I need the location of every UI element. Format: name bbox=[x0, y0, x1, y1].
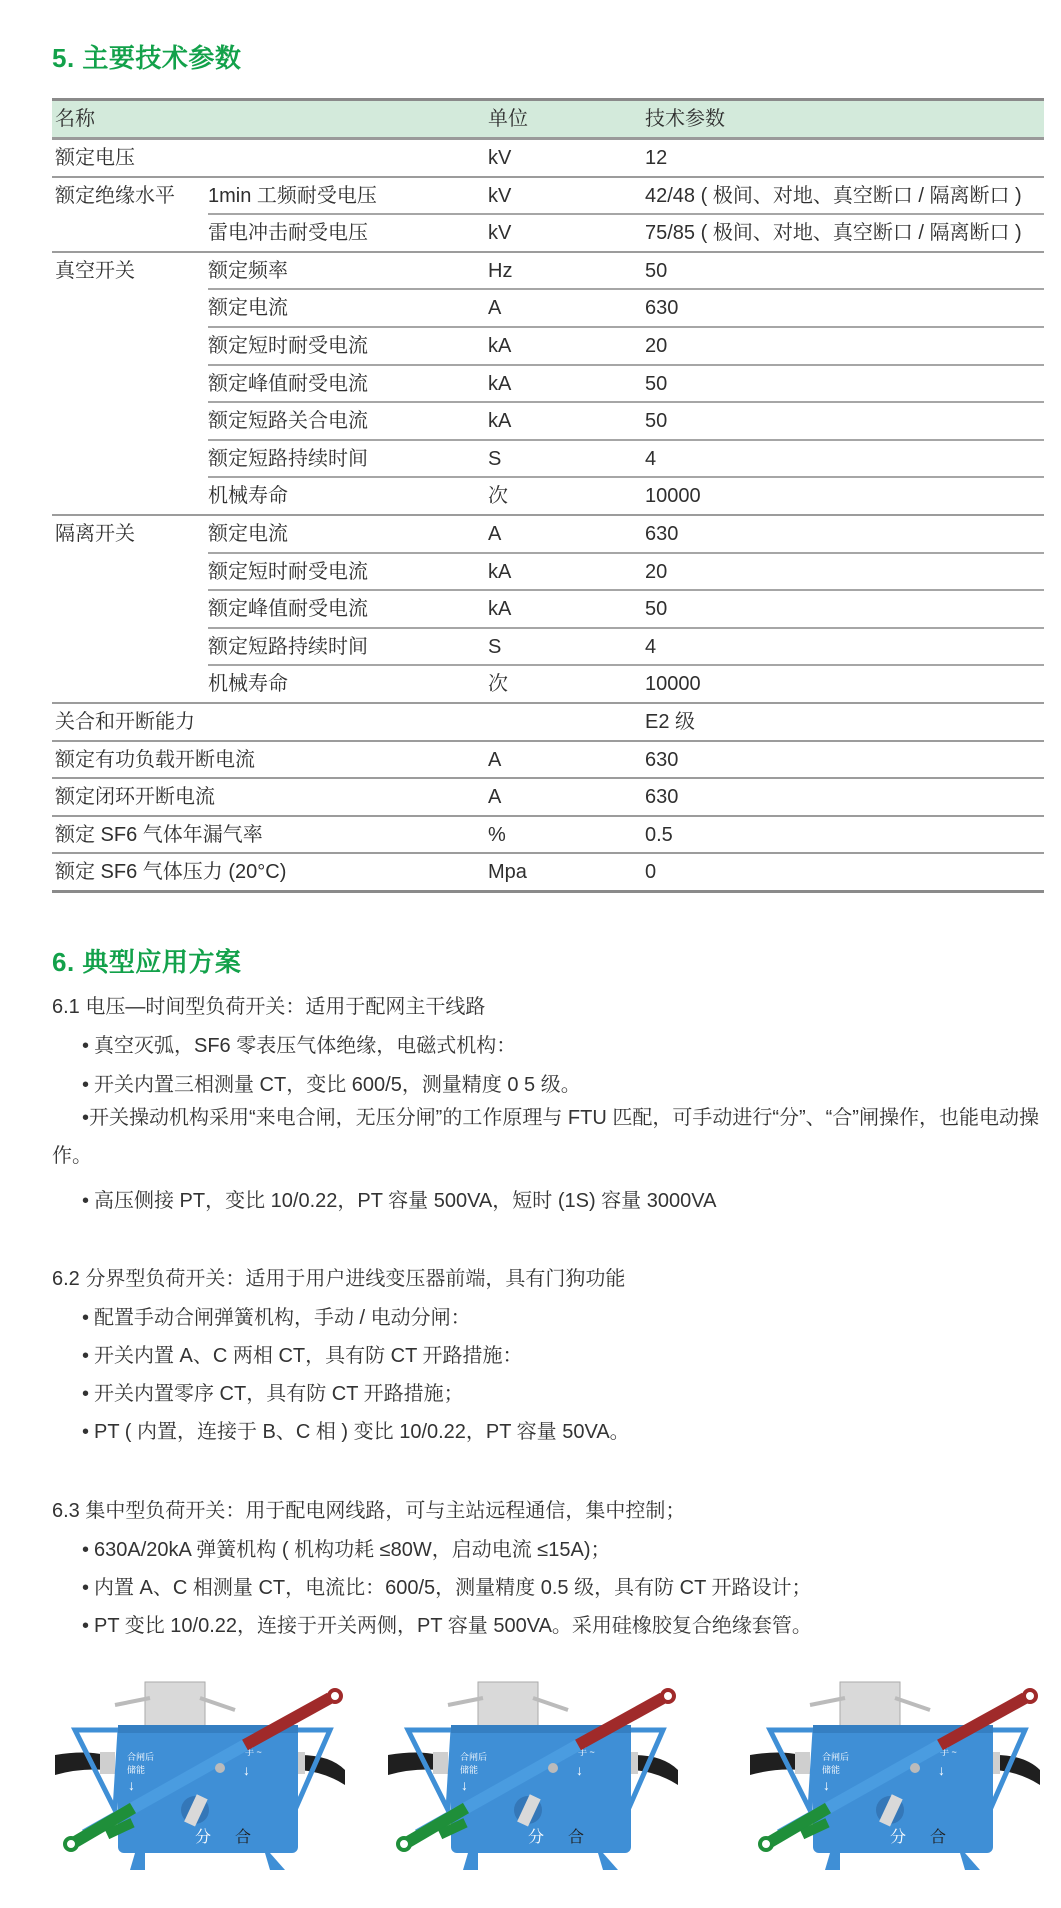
list-item: •开关内置 A、C 两相 CT，具有防 CT 开路措施： bbox=[82, 1339, 523, 1368]
list-item-text: 真空灭弧，SF6 零表压气体绝缘，电磁式机构： bbox=[94, 1035, 516, 1057]
table-row: 额定 SF6 气体年漏气率 % 0.5 bbox=[52, 817, 1044, 855]
row-item: 额定频率 bbox=[208, 253, 288, 291]
header-value: 技术参数 bbox=[645, 101, 725, 137]
list-item: •开关操动机构采用“来电合闸，无压分闸”的工作原理与 FTU 匹配，可手动进行“… bbox=[52, 1099, 1042, 1175]
table-row: 额定峰值耐受电流 kA 50 bbox=[52, 366, 1044, 404]
row-value: 0 bbox=[645, 854, 656, 892]
row-value: 50 bbox=[645, 403, 667, 441]
row-unit: A bbox=[488, 742, 501, 780]
table-row: 额定短路持续时间 S 4 bbox=[52, 629, 1044, 667]
product-image-load-switch: 合闸后 储能 ↓ 手 ~ ↓ 分 合 bbox=[740, 1660, 1060, 1880]
row-value: 50 bbox=[645, 366, 667, 404]
table-row: 额定有功负载开断电流 A 630 bbox=[52, 742, 1044, 780]
bullet-icon: • bbox=[82, 1074, 94, 1097]
list-item: •真空灭弧，SF6 零表压气体绝缘，电磁式机构： bbox=[82, 1029, 516, 1058]
header-unit: 单位 bbox=[488, 101, 528, 137]
row-unit: kA bbox=[488, 591, 511, 629]
row-unit: kA bbox=[488, 403, 511, 441]
list-item-text: PT 变比 10/0.22，连接于开关两侧，PT 容量 500VA。采用硅橡胶复… bbox=[94, 1615, 812, 1637]
table-row: 机械寿命 次 10000 bbox=[52, 478, 1044, 516]
row-group: 真空开关 bbox=[55, 253, 135, 291]
svg-text:↓: ↓ bbox=[128, 1777, 135, 1793]
table-row: 隔离开关 额定电流 A 630 bbox=[52, 516, 1044, 554]
table-row: 额定短路关合电流 kA 50 bbox=[52, 403, 1044, 441]
table-row: 额定短路持续时间 S 4 bbox=[52, 441, 1044, 479]
svg-text:合闸后: 合闸后 bbox=[822, 1751, 849, 1762]
bullet-icon: • bbox=[82, 1107, 89, 1129]
row-item: 雷电冲击耐受电压 bbox=[208, 215, 368, 253]
svg-text:↓: ↓ bbox=[576, 1762, 583, 1778]
list-item: •PT 变比 10/0.22，连接于开关两侧，PT 容量 500VA。采用硅橡胶… bbox=[82, 1609, 812, 1638]
subsection-heading-6-1: 6.1 电压—时间型负荷开关：适用于配网主干线路 bbox=[52, 990, 485, 1019]
row-item: 额定短路持续时间 bbox=[208, 629, 368, 667]
row-value: E2 级 bbox=[645, 704, 695, 742]
svg-text:↓: ↓ bbox=[938, 1762, 945, 1778]
table-row: 额定短时耐受电流 kA 20 bbox=[52, 554, 1044, 592]
table-row: 额定短时耐受电流 kA 20 bbox=[52, 328, 1044, 366]
row-unit: Hz bbox=[488, 253, 512, 291]
list-item-text: 开关内置 A、C 两相 CT，具有防 CT 开路措施： bbox=[94, 1345, 523, 1367]
close-label-text: 合 bbox=[930, 1828, 946, 1846]
load-switch-icon: 合闸后 储能 ↓ 手 ~ ↓ 分 合 bbox=[378, 1660, 698, 1880]
row-item: 1min 工频耐受电压 bbox=[208, 178, 377, 216]
row-value: 4 bbox=[645, 441, 656, 479]
row-value: 50 bbox=[645, 591, 667, 629]
row-item: 额定短路持续时间 bbox=[208, 441, 368, 479]
row-value: 0.5 bbox=[645, 817, 673, 855]
row-value: 42/48 ( 极间、对地、真空断口 / 隔离断口 ) bbox=[645, 178, 1022, 216]
row-unit: A bbox=[488, 516, 501, 554]
row-item: 额定短时耐受电流 bbox=[208, 554, 368, 592]
section-title-applications: 6. 典型应用方案 bbox=[52, 942, 241, 979]
list-item-text: 开关内置三相测量 CT，变比 600/5，测量精度 0 5 级。 bbox=[94, 1074, 581, 1096]
svg-text:储能: 储能 bbox=[127, 1764, 145, 1775]
row-item: 额定峰值耐受电流 bbox=[208, 591, 368, 629]
row-value: 10000 bbox=[645, 666, 701, 704]
list-item: •内置 A、C 相测量 CT，电流比：600/5，测量精度 0.5 级，具有防 … bbox=[82, 1571, 812, 1600]
load-switch-icon: 合闸后 储能 ↓ 手 ~ ↓ 分 合 bbox=[45, 1660, 365, 1880]
row-unit: kA bbox=[488, 554, 511, 592]
svg-text:储能: 储能 bbox=[460, 1764, 478, 1775]
list-item-text: 开关操动机构采用“来电合闸，无压分闸”的工作原理与 FTU 匹配，可手动进行“分… bbox=[52, 1107, 1039, 1167]
list-item: •630A/20kA 弹簧机构 ( 机构功耗 ≤80W，启动电流 ≤15A)； bbox=[82, 1533, 611, 1562]
row-unit: % bbox=[488, 817, 506, 855]
bullet-icon: • bbox=[82, 1577, 94, 1600]
table-row: 额定闭环开断电流 A 630 bbox=[52, 779, 1044, 817]
row-value: 12 bbox=[645, 140, 667, 178]
table-header: 名称 单位 技术参数 bbox=[52, 101, 1044, 140]
row-value: 75/85 ( 极间、对地、真空断口 / 隔离断口 ) bbox=[645, 215, 1022, 253]
row-value: 630 bbox=[645, 290, 678, 328]
row-unit: S bbox=[488, 629, 501, 667]
row-item: 额定电流 bbox=[208, 290, 288, 328]
row-value: 20 bbox=[645, 554, 667, 592]
row-value: 630 bbox=[645, 742, 678, 780]
row-item: 额定短时耐受电流 bbox=[208, 328, 368, 366]
row-value: 4 bbox=[645, 629, 656, 667]
row-group: 额定 SF6 气体年漏气率 bbox=[55, 817, 263, 855]
header-name: 名称 bbox=[55, 101, 95, 137]
svg-text:↓: ↓ bbox=[243, 1762, 250, 1778]
list-item: •PT ( 内置，连接于 B、C 相 ) 变比 10/0.22，PT 容量 50… bbox=[82, 1415, 630, 1444]
bullet-icon: • bbox=[82, 1190, 94, 1213]
bullet-icon: • bbox=[82, 1383, 94, 1406]
bullet-icon: • bbox=[82, 1615, 94, 1638]
list-item-text: 高压侧接 PT，变比 10/0.22，PT 容量 500VA，短时 (1S) 容… bbox=[94, 1190, 716, 1212]
row-unit: kA bbox=[488, 328, 511, 366]
close-label: 合闸后 bbox=[127, 1751, 154, 1762]
row-unit: A bbox=[488, 779, 501, 817]
subsection-heading-6-3: 6.3 集中型负荷开关：用于配电网线路，可与主站远程通信，集中控制； bbox=[52, 1494, 685, 1523]
row-value: 10000 bbox=[645, 478, 701, 516]
row-unit: kV bbox=[488, 178, 511, 216]
list-item: •高压侧接 PT，变比 10/0.22，PT 容量 500VA，短时 (1S) … bbox=[82, 1184, 716, 1213]
row-item: 额定峰值耐受电流 bbox=[208, 366, 368, 404]
row-group: 额定 SF6 气体压力 (20°C) bbox=[55, 854, 286, 892]
row-unit: kV bbox=[488, 215, 511, 253]
list-item-text: 630A/20kA 弹簧机构 ( 机构功耗 ≤80W，启动电流 ≤15A)； bbox=[94, 1539, 611, 1561]
bullet-icon: • bbox=[82, 1307, 94, 1330]
list-item: •开关内置三相测量 CT，变比 600/5，测量精度 0 5 级。 bbox=[82, 1068, 581, 1097]
list-item: •开关内置零序 CT，具有防 CT 开路措施； bbox=[82, 1377, 464, 1406]
svg-text:储能: 储能 bbox=[822, 1764, 840, 1775]
row-group: 额定绝缘水平 bbox=[55, 178, 175, 216]
list-item-text: 内置 A、C 相测量 CT，电流比：600/5，测量精度 0.5 级，具有防 C… bbox=[94, 1577, 812, 1599]
row-value: 50 bbox=[645, 253, 667, 291]
row-item: 机械寿命 bbox=[208, 666, 288, 704]
table-row: 额定绝缘水平 1min 工频耐受电压 kV 42/48 ( 极间、对地、真空断口… bbox=[52, 178, 1044, 216]
svg-text:↓: ↓ bbox=[823, 1777, 830, 1793]
subsection-heading-6-2: 6.2 分界型负荷开关：适用于用户进线变压器前端，具有门狗功能 bbox=[52, 1262, 625, 1291]
bullet-icon: • bbox=[82, 1421, 94, 1444]
table-row: 额定峰值耐受电流 kA 50 bbox=[52, 591, 1044, 629]
section-title-specs: 5. 主要技术参数 bbox=[52, 38, 241, 75]
list-item-text: 开关内置零序 CT，具有防 CT 开路措施； bbox=[94, 1383, 464, 1405]
open-label: 分 bbox=[195, 1828, 211, 1846]
row-value: 20 bbox=[645, 328, 667, 366]
bullet-icon: • bbox=[82, 1035, 94, 1058]
table-row: 雷电冲击耐受电压 kV 75/85 ( 极间、对地、真空断口 / 隔离断口 ) bbox=[52, 215, 1044, 253]
product-image-load-switch: 合闸后 储能 ↓ 手 ~ ↓ 分 合 bbox=[45, 1660, 365, 1880]
row-unit: 次 bbox=[488, 478, 508, 516]
table-row: 真空开关 额定频率 Hz 50 bbox=[52, 253, 1044, 291]
close-label-text: 合 bbox=[235, 1828, 251, 1846]
product-image-load-switch: 合闸后 储能 ↓ 手 ~ ↓ 分 合 bbox=[378, 1660, 698, 1880]
spec-table: 名称 单位 技术参数 额定电压 kV 12 额定绝缘水平 1min 工频耐受电压… bbox=[52, 98, 1044, 892]
row-unit: 次 bbox=[488, 666, 508, 704]
row-group: 隔离开关 bbox=[55, 516, 135, 554]
list-item-text: PT ( 内置，连接于 B、C 相 ) 变比 10/0.22，PT 容量 50V… bbox=[94, 1421, 630, 1443]
open-label: 分 bbox=[528, 1828, 544, 1846]
table-row: 机械寿命 次 10000 bbox=[52, 666, 1044, 704]
svg-text:↓: ↓ bbox=[461, 1777, 468, 1793]
table-row: 关合和开断能力 E2 级 bbox=[52, 704, 1044, 742]
row-unit: kA bbox=[488, 366, 511, 404]
list-item: •配置手动合闸弹簧机构，手动 / 电动分闸： bbox=[82, 1301, 471, 1330]
bullet-icon: • bbox=[82, 1345, 94, 1368]
row-group: 额定闭环开断电流 bbox=[55, 779, 215, 817]
row-unit: S bbox=[488, 441, 501, 479]
row-group: 关合和开断能力 bbox=[55, 704, 195, 742]
table-row: 额定电流 A 630 bbox=[52, 290, 1044, 328]
table-row: 额定电压 kV 12 bbox=[52, 140, 1044, 178]
row-unit: Mpa bbox=[488, 854, 527, 892]
bullet-icon: • bbox=[82, 1539, 94, 1562]
close-label-text: 合 bbox=[568, 1828, 584, 1846]
row-item: 额定电流 bbox=[208, 516, 288, 554]
row-unit: kV bbox=[488, 140, 511, 178]
row-value: 630 bbox=[645, 779, 678, 817]
list-item-text: 配置手动合闸弹簧机构，手动 / 电动分闸： bbox=[94, 1307, 471, 1329]
open-label: 分 bbox=[890, 1828, 906, 1846]
row-item: 机械寿命 bbox=[208, 478, 288, 516]
row-unit: A bbox=[488, 290, 501, 328]
row-group: 额定有功负载开断电流 bbox=[55, 742, 255, 780]
row-item: 额定短路关合电流 bbox=[208, 403, 368, 441]
table-row: 额定 SF6 气体压力 (20°C) Mpa 0 bbox=[52, 854, 1044, 892]
row-value: 630 bbox=[645, 516, 678, 554]
svg-text:合闸后: 合闸后 bbox=[460, 1751, 487, 1762]
row-group: 额定电压 bbox=[55, 140, 135, 178]
load-switch-icon: 合闸后 储能 ↓ 手 ~ ↓ 分 合 bbox=[740, 1660, 1060, 1880]
